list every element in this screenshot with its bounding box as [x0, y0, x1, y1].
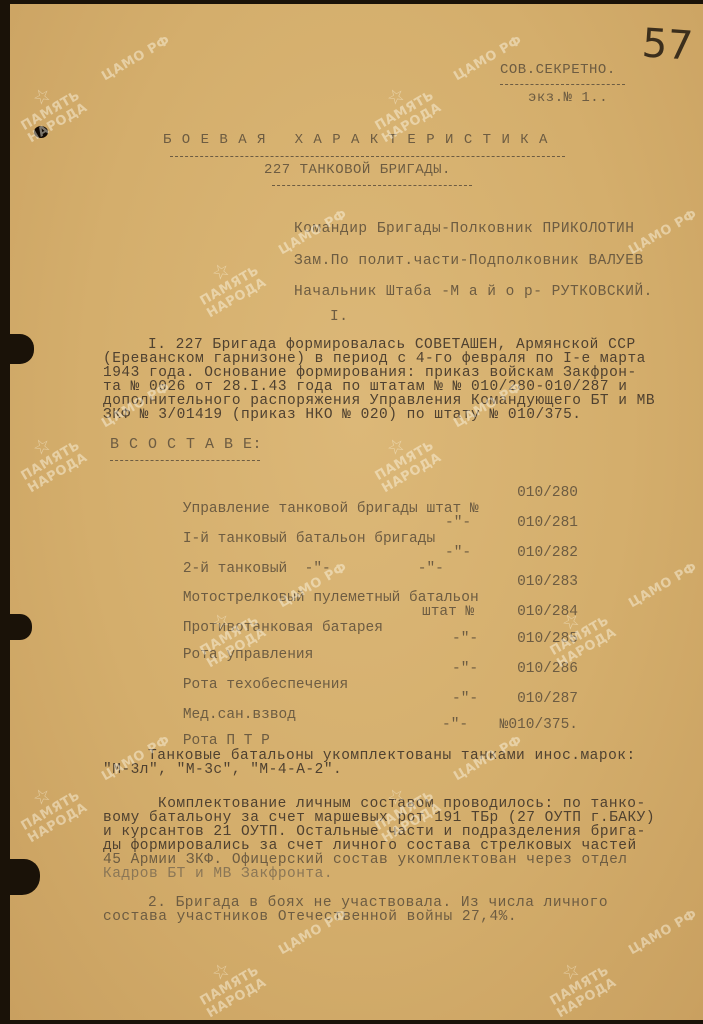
- ditto-mark: -"-: [452, 661, 478, 677]
- ditto-mark: -"-: [442, 717, 468, 733]
- paragraph-2-line: состава участников Отечественной войны 2…: [103, 909, 517, 925]
- section-numeral: I.: [330, 309, 348, 325]
- project-watermark: ☆ ПАМЯТЬ НАРОДА: [187, 246, 268, 321]
- staff-code: 010/287: [517, 691, 578, 707]
- staff-code: 010/282: [517, 545, 578, 561]
- composition-heading: В С О С Т А В Е:: [110, 436, 262, 453]
- title-underline: [170, 156, 565, 157]
- paragraph-1-line: ЗКФ № 3/01419 (приказ НКО № 020) по штат…: [103, 407, 581, 423]
- project-watermark: ☆ ПАМЯТЬ НАРОДА: [8, 71, 89, 146]
- copy-number: экз.№ 1..: [528, 90, 608, 106]
- ditto-mark: -"-: [452, 631, 478, 647]
- torn-edge: [6, 334, 34, 364]
- ditto-mark: -"-: [452, 691, 478, 707]
- staff-code: №010/375.: [500, 717, 578, 733]
- unit-label: Рота П Т Р: [183, 733, 270, 749]
- unit-name: 227 ТАНКОВОЙ БРИГАДЫ.: [264, 162, 451, 178]
- archive-watermark: ЦАМО РФ: [627, 208, 700, 258]
- archive-watermark: ЦАМО РФ: [627, 908, 700, 958]
- document-title: Б О Е В А Я Х А Р А К Т Е Р И С Т И К А: [163, 132, 548, 148]
- archive-watermark: ЦАМО РФ: [627, 561, 700, 611]
- torn-edge: [6, 614, 32, 640]
- stamp-underline: [500, 84, 625, 85]
- project-watermark: ☆ ПАМЯТЬ НАРОДА: [187, 946, 268, 1021]
- archival-document-page: 57 СОВ.СЕКРЕТНО. экз.№ 1.. Б О Е В А Я Х…: [10, 4, 703, 1020]
- ditto-mark: штат №: [422, 604, 474, 620]
- unit-underline: [272, 185, 472, 186]
- staff-code: 010/281: [517, 515, 578, 531]
- ditto-mark: -"-: [445, 545, 471, 561]
- page-number: 57: [640, 20, 694, 69]
- deputy-political-line: Зам.По полит.части-Подполковник ВАЛУЕВ: [294, 253, 644, 269]
- composition-underline: [110, 460, 260, 461]
- classification-stamp: СОВ.СЕКРЕТНО.: [500, 62, 616, 78]
- chief-of-staff-line: Начальник Штаба -М а й о р- РУТКОВСКИЙ.: [294, 284, 653, 300]
- project-watermark: ☆ ПАМЯТЬ НАРОДА: [537, 946, 618, 1021]
- ditto-mark: -"-: [445, 515, 471, 531]
- project-watermark: ☆ ПАМЯТЬ НАРОДА: [8, 421, 89, 496]
- staffing-line: Кадров БТ и МВ Закфронта.: [103, 866, 333, 882]
- staff-code: 010/283: [517, 574, 578, 590]
- staff-code: 010/280: [517, 485, 578, 501]
- project-watermark: ☆ ПАМЯТЬ НАРОДА: [8, 771, 89, 846]
- torn-edge: [6, 859, 40, 895]
- archive-watermark: ЦАМО РФ: [100, 34, 173, 84]
- commander-line: Командир Бригады-Полковник ПРИКОЛОТИН: [294, 221, 634, 237]
